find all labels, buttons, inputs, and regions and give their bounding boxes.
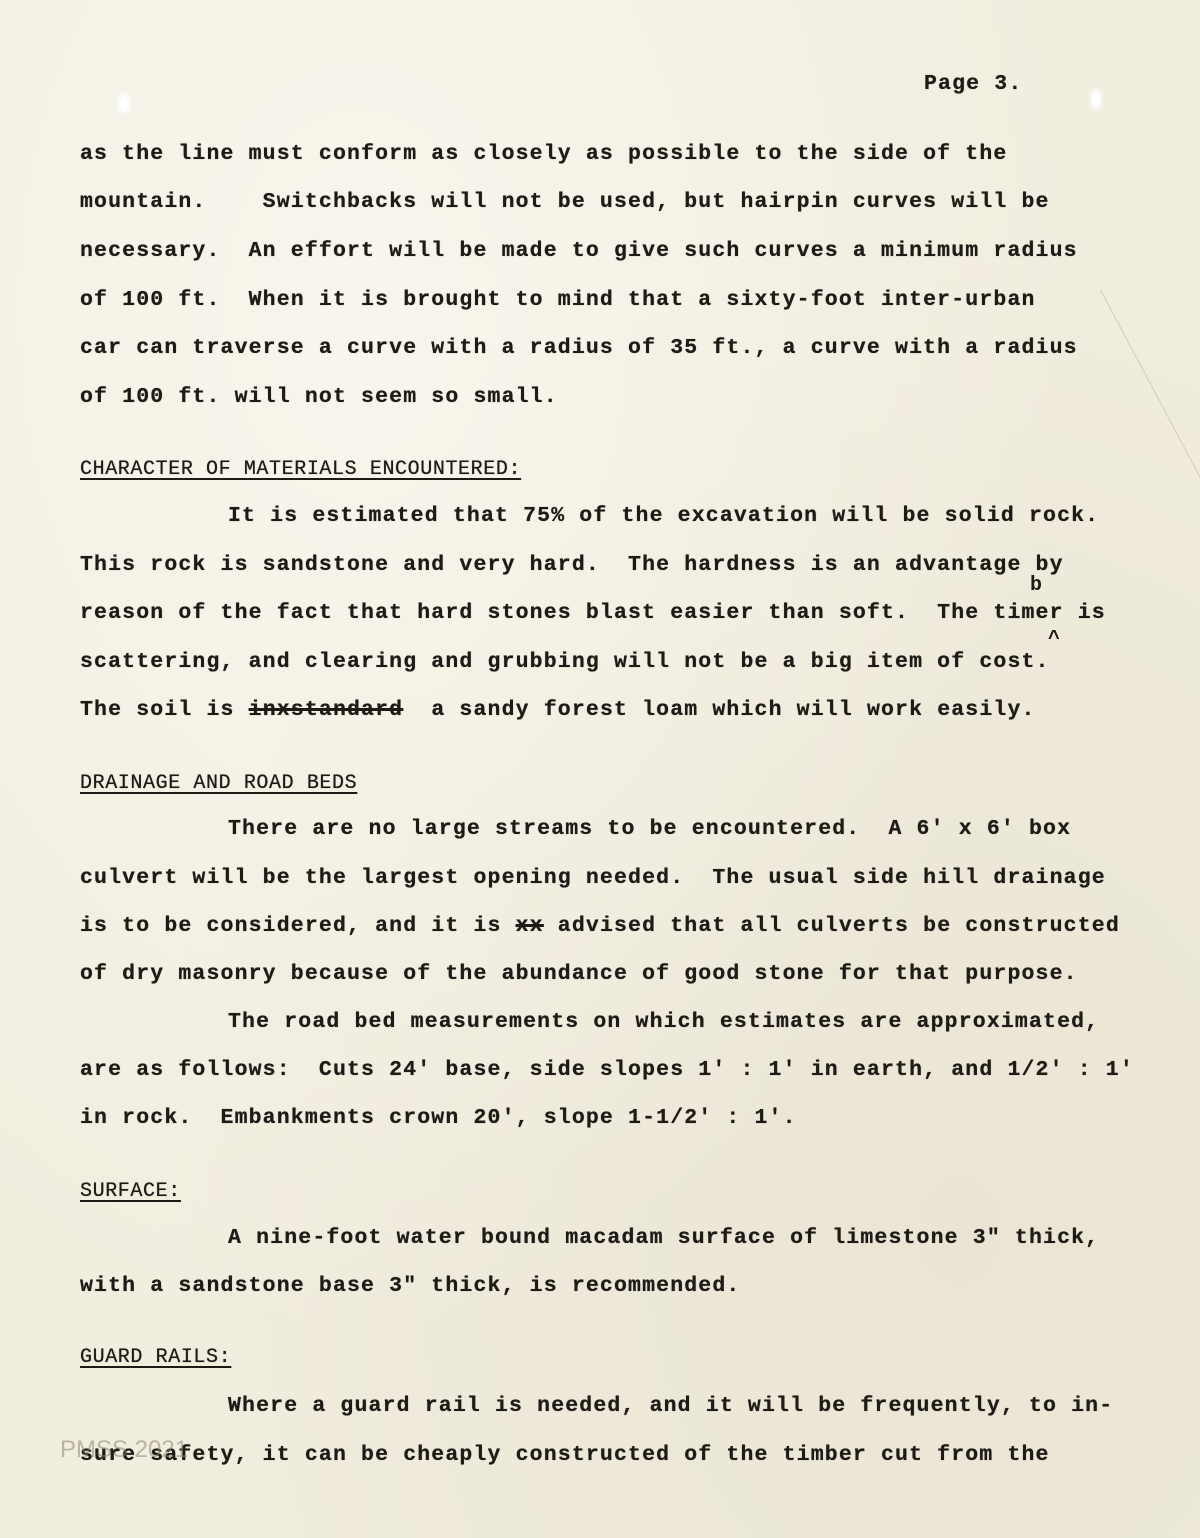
text-line: car can traverse a curve with a radius o…: [80, 334, 1078, 362]
text-line: are as follows: Cuts 24' base, side slop…: [80, 1056, 1134, 1084]
section-heading-surface: SURFACE:: [80, 1178, 181, 1206]
text-line: It is estimated that 75% of the excavati…: [228, 502, 1099, 530]
text-line: as the line must conform as closely as p…: [80, 140, 1007, 168]
section-heading-materials: CHARACTER OF MATERIALS ENCOUNTERED:: [80, 456, 521, 484]
struck-out-text: xx: [516, 914, 544, 938]
text-line: necessary. An effort will be made to giv…: [80, 237, 1078, 265]
paper-background: [0, 0, 1200, 1538]
section-heading-drainage: DRAINAGE AND ROAD BEDS: [80, 770, 357, 798]
punch-hole-right: [1088, 86, 1104, 112]
text-line: in rock. Embankments crown 20', slope 1-…: [80, 1104, 797, 1132]
text-line: The road bed measurements on which estim…: [228, 1008, 1099, 1036]
text-line: sure safety, it can be cheaply construct…: [80, 1441, 1050, 1469]
handwritten-insertion: b: [1030, 574, 1042, 597]
text-line: mountain. Switchbacks will not be used, …: [80, 188, 1050, 216]
section-heading-guard-rails: GUARD RAILS:: [80, 1344, 231, 1372]
text-line: This rock is sandstone and very hard. Th…: [80, 551, 1064, 579]
text-line: of 100 ft. will not seem so small.: [80, 383, 558, 411]
text-line: culvert will be the largest opening need…: [80, 864, 1106, 892]
text-line: Where a guard rail is needed, and it wil…: [228, 1392, 1113, 1420]
text-line: The soil is inxstandard a sandy forest l…: [80, 696, 1036, 724]
text-line: with a sandstone base 3" thick, is recom…: [80, 1272, 740, 1300]
punch-hole-left: [116, 90, 132, 116]
page-number: Page 3.: [924, 70, 1022, 98]
text-fragment: is to be considered, and it is: [80, 914, 516, 938]
text-line: is to be considered, and it is xx advise…: [80, 912, 1120, 940]
archive-watermark: PMSS 2021: [60, 1436, 188, 1464]
text-fragment: a sandy forest loam which will work easi…: [431, 698, 1035, 722]
text-line: There are no large streams to be encount…: [228, 815, 1071, 843]
text-fragment: The soil is: [80, 698, 249, 722]
text-line: reason of the fact that hard stones blas…: [80, 599, 1106, 627]
caret-mark: ^: [1048, 628, 1060, 651]
text-fragment: advised that all culverts be constructed: [558, 914, 1120, 938]
text-line: of 100 ft. When it is brought to mind th…: [80, 286, 1036, 314]
struck-out-text: inxstandard: [249, 698, 404, 722]
text-line: A nine-foot water bound macadam surface …: [228, 1224, 1099, 1252]
text-line: of dry masonry because of the abundance …: [80, 960, 1078, 988]
text-line: scattering, and clearing and grubbing wi…: [80, 648, 1050, 676]
